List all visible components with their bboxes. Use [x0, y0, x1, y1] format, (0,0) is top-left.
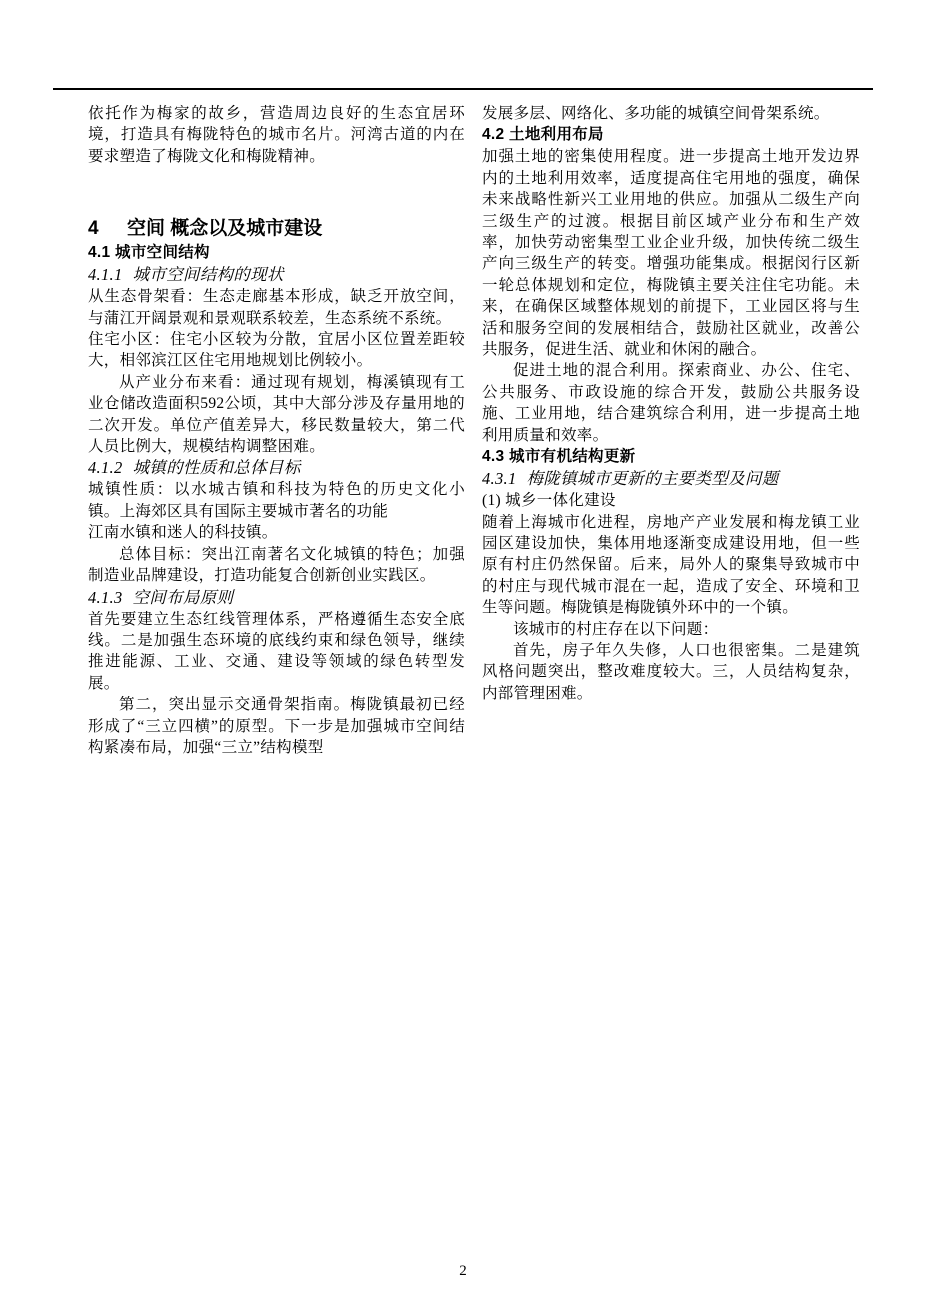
subsection-heading-4-1-3: 4.1.3 空间布局原则	[88, 587, 465, 609]
two-column-layout: 依托作为梅家的故乡，营造周边良好的生态宜居环境，打造具有梅陇特色的城市名片。河湾…	[88, 103, 860, 758]
paragraph: 江南水镇和迷人的科技镇。	[88, 522, 465, 543]
paragraph: 住宅小区：住宅小区较为分散，宜居小区位置差距较大，相邻滨江区住宅用地规划比例较小…	[88, 329, 465, 372]
section-heading-4-1: 4.1 城市空间结构	[88, 242, 465, 264]
intro-paragraph: 依托作为梅家的故乡，营造周边良好的生态宜居环境，打造具有梅陇特色的城市名片。河湾…	[88, 103, 465, 167]
subsection-title: 梅陇镇城市更新的主要类型及问题	[527, 468, 779, 490]
left-column: 依托作为梅家的故乡，营造周边良好的生态宜居环境，打造具有梅陇特色的城市名片。河湾…	[88, 103, 465, 758]
subsection-title: 城镇的性质和总体目标	[133, 457, 301, 479]
subsection-heading-4-3-1: 4.3.1 梅陇镇城市更新的主要类型及问题	[482, 468, 860, 490]
section-heading-4-3: 4.3 城市有机结构更新	[482, 446, 860, 468]
subsection-number: 4.1.3	[88, 587, 123, 609]
page-number: 2	[459, 1263, 467, 1279]
intro-paragraph: 发展多层、网络化、多功能的城镇空间骨架系统。	[482, 103, 860, 124]
subsection-number: 4.1.2	[88, 457, 123, 479]
paragraph: 促进土地的混合利用。探索商业、办公、住宅、公共服务、市政设施的综合开发，鼓励公共…	[482, 360, 860, 446]
paragraph: 随着上海城市化进程，房地产产业发展和梅龙镇工业园区建设加快，集体用地逐渐变成建设…	[482, 512, 860, 619]
right-column: 发展多层、网络化、多功能的城镇空间骨架系统。 4.2 土地利用布局 加强土地的密…	[482, 103, 860, 758]
paragraph: 从产业分布来看：通过现有规划，梅溪镇现有工业仓储改造面积592公顷，其中大部分涉…	[88, 372, 465, 458]
chapter-title: 空间 概念以及城市建设	[127, 216, 322, 242]
document-page: 依托作为梅家的故乡，营造周边良好的生态宜居环境，打造具有梅陇特色的城市名片。河湾…	[0, 0, 926, 1309]
header-rule	[53, 88, 873, 90]
subsection-number: 4.3.1	[482, 468, 517, 490]
subsection-title: 城市空间结构的现状	[133, 264, 284, 286]
subsection-title: 空间布局原则	[133, 587, 234, 609]
section-heading-4-2: 4.2 土地利用布局	[482, 124, 860, 146]
paragraph: 第二，突出显示交通骨架指南。梅陇镇最初已经形成了“三立四横”的原型。下一步是加强…	[88, 694, 465, 758]
subsection-number: 4.1.1	[88, 264, 123, 286]
paragraph: 首先要建立生态红线管理体系，严格遵循生态安全底线。二是加强生态环境的底线约束和绿…	[88, 609, 465, 695]
paragraph: 总体目标：突出江南著名文化城镇的特色；加强制造业品牌建设，打造功能复合创新创业实…	[88, 544, 465, 587]
paragraph: 城镇性质：以水城古镇和科技为特色的历史文化小镇。上海郊区具有国际主要城市著名的功…	[88, 479, 465, 522]
subsection-heading-4-1-1: 4.1.1 城市空间结构的现状	[88, 264, 465, 286]
list-item-heading: (1) 城乡一体化建设	[482, 490, 860, 511]
paragraph: 加强土地的密集使用程度。进一步提高土地开发边界内的土地利用效率，适度提高住宅用地…	[482, 146, 860, 360]
chapter-number: 4	[88, 216, 127, 242]
paragraph: 该城市的村庄存在以下问题：	[482, 619, 860, 640]
chapter-heading: 4 空间 概念以及城市建设	[88, 216, 465, 242]
paragraph: 从生态骨架看：生态走廊基本形成，缺乏开放空间，与蒲江开阔景观和景观联系较差，生态…	[88, 286, 465, 329]
subsection-heading-4-1-2: 4.1.2 城镇的性质和总体目标	[88, 457, 465, 479]
page-footer: 2	[0, 1262, 926, 1280]
paragraph: 首先，房子年久失修，人口也很密集。二是建筑风格问题突出，整改难度较大。三，人员结…	[482, 640, 860, 704]
